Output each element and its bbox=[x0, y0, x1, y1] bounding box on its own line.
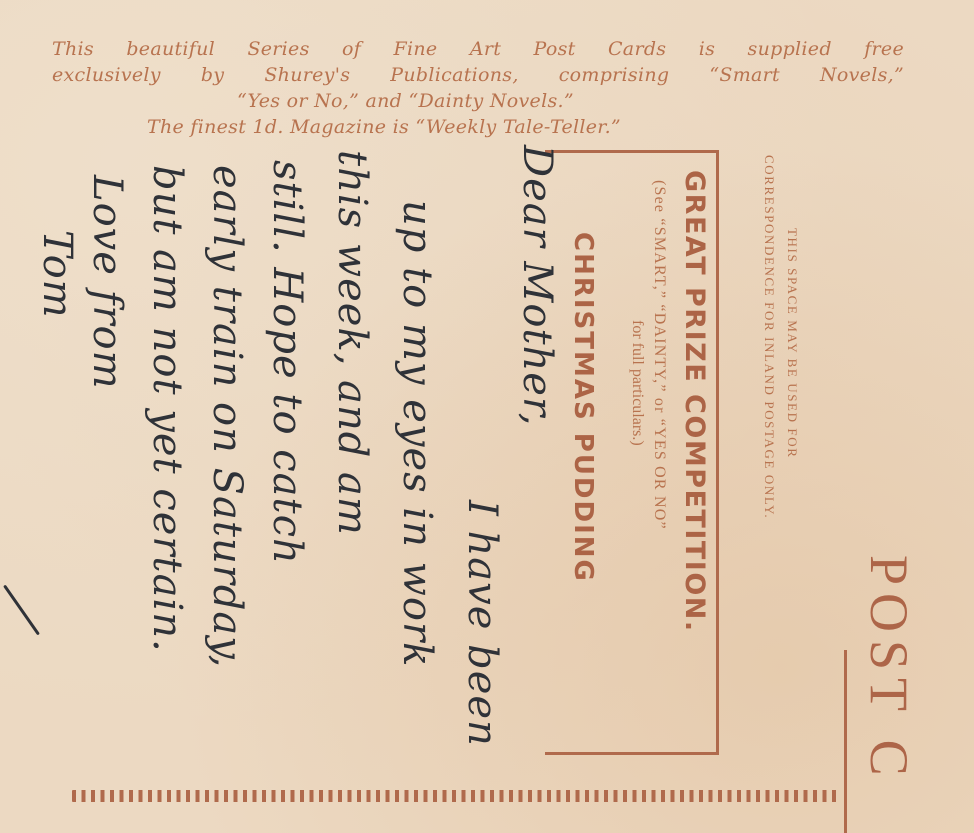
correspondence-notice-line-1: This space may be used for bbox=[784, 228, 800, 459]
ad-line-4: The finest 1d. Magazine is “Weekly Tale-… bbox=[52, 114, 904, 140]
handwritten-line-2: I have been bbox=[459, 500, 505, 747]
correspondence-notice-line-2: correspondence for inland postage only. bbox=[761, 155, 777, 519]
handwritten-line-5: still. Hope to catch bbox=[264, 160, 310, 565]
ad-line-3: “Yes or No,” and “Dainty Novels.” bbox=[52, 88, 904, 114]
address-divider-line bbox=[844, 650, 847, 833]
handwritten-line-3: up to my eyes in work bbox=[394, 200, 440, 667]
handwritten-line-4: this week, and am bbox=[329, 150, 375, 536]
handwritten-signature: Tom bbox=[34, 230, 80, 319]
publisher-advertisement: This beautiful Series of Fine Art Post C… bbox=[52, 36, 904, 140]
signature-flourish bbox=[3, 585, 40, 636]
handwritten-line-1: Dear Mother, bbox=[514, 145, 560, 426]
handwritten-line-8: Love from bbox=[84, 175, 130, 390]
prize-competition-title: GREAT PRIZE COMPETITION. bbox=[679, 170, 710, 633]
handwritten-line-7: but am not yet certain. bbox=[144, 165, 190, 653]
prize-competition-particulars-note: for full particulars.) bbox=[628, 320, 646, 446]
ad-line-2: exclusively by Shurey's Publications, co… bbox=[52, 62, 904, 88]
dotted-divider-line bbox=[72, 790, 840, 802]
handwritten-line-6: early train on Saturday, bbox=[204, 165, 250, 668]
prize-competition-subject: CHRISTMAS PUDDING bbox=[568, 232, 598, 583]
prize-competition-see-note: (See “SMART,” “DAINTY,” or “YES OR NO” bbox=[650, 180, 668, 530]
ad-line-1: This beautiful Series of Fine Art Post C… bbox=[52, 36, 904, 62]
post-card-heading: POST C bbox=[858, 555, 920, 784]
